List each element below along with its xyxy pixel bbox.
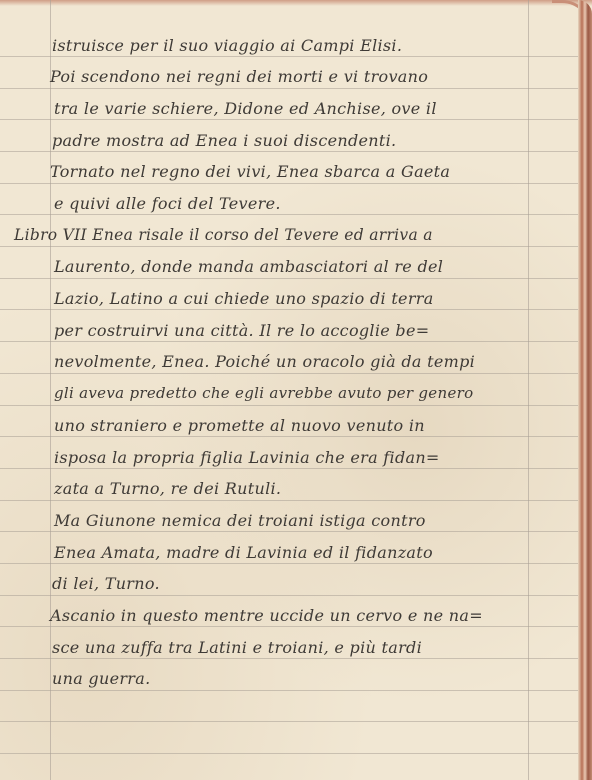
ruled-line — [0, 500, 578, 501]
ruled-line — [0, 309, 578, 310]
ruled-line — [0, 341, 578, 342]
page-top-edge — [0, 0, 592, 6]
ruled-line — [0, 658, 578, 659]
ruled-line — [0, 468, 578, 469]
handwritten-line: di lei, Turno. — [52, 574, 160, 593]
handwritten-line: tra le varie schiere, Didone ed Anchise,… — [54, 99, 437, 118]
handwritten-line: gli aveva predetto che egli avrebbe avut… — [54, 384, 473, 402]
ruled-line — [0, 214, 578, 215]
handwritten-line: Laurento, donde manda ambasciatori al re… — [54, 257, 443, 276]
handwritten-line: sce una zuffa tra Latini e troiani, e pi… — [52, 638, 422, 657]
left-margin-line — [50, 0, 51, 780]
handwritten-line: per costruirvi una città. Il re lo accog… — [54, 321, 429, 340]
handwritten-line: Tornato nel regno dei vivi, Enea sbarca … — [50, 162, 450, 181]
ruled-line — [0, 563, 578, 564]
handwritten-line: Lazio, Latino a cui chiede uno spazio di… — [54, 289, 434, 308]
page-right-edge — [578, 0, 592, 780]
ruled-line — [0, 721, 578, 722]
handwritten-line: Ma Giunone nemica dei troiani istiga con… — [54, 511, 426, 530]
notebook-page: istruisce per il suo viaggio ai Campi El… — [0, 0, 592, 780]
ruled-line — [0, 246, 578, 247]
ruled-line — [0, 56, 578, 57]
handwritten-line: e quivi alle foci del Tevere. — [54, 194, 281, 213]
right-margin-line — [528, 0, 529, 780]
ruled-line — [0, 531, 578, 532]
ruled-line — [0, 183, 578, 184]
ruled-line — [0, 119, 578, 120]
ruled-line — [0, 88, 578, 89]
ruled-line — [0, 626, 578, 627]
ruled-line — [0, 151, 578, 152]
ruled-line — [0, 278, 578, 279]
handwritten-line: uno straniero e promette al nuovo venuto… — [54, 416, 425, 435]
ruled-line — [0, 405, 578, 406]
ruled-line — [0, 690, 578, 691]
handwritten-line: Ascanio in questo mentre uccide un cervo… — [50, 606, 483, 625]
handwritten-line: Poi scendono nei regni dei morti e vi tr… — [50, 67, 428, 86]
handwritten-line: isposa la propria figlia Lavinia che era… — [54, 448, 440, 467]
ruled-line — [0, 436, 578, 437]
handwritten-line-chapter-heading: Libro VII Enea risale il corso del Tever… — [14, 226, 433, 244]
ruled-line — [0, 595, 578, 596]
handwritten-line: Enea Amata, madre di Lavinia ed il fidan… — [54, 543, 433, 562]
handwritten-line: una guerra. — [52, 669, 150, 688]
handwritten-line: istruisce per il suo viaggio ai Campi El… — [52, 36, 402, 55]
ruled-line — [0, 753, 578, 754]
ruled-line — [0, 373, 578, 374]
handwritten-line: padre mostra ad Enea i suoi discendenti. — [52, 131, 396, 150]
handwritten-line: zata a Turno, re dei Rutuli. — [54, 479, 281, 498]
handwritten-line: nevolmente, Enea. Poiché un oracolo già … — [54, 352, 475, 371]
